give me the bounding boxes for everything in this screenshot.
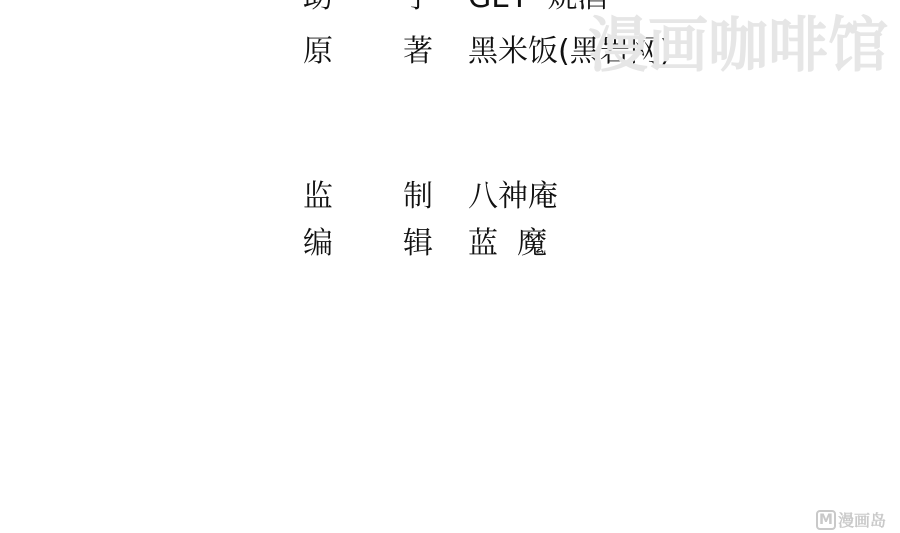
credit-role-char-2: 制 [403, 177, 433, 217]
credit-role-char-1: 监 [303, 177, 333, 217]
site-logo: M 漫画岛 [816, 508, 886, 531]
logo-m-icon: M [816, 510, 836, 530]
credit-role-char-2: 著 [403, 32, 433, 72]
credit-value: 八神庵 [468, 177, 558, 217]
credit-role-char-1: 助 [303, 0, 333, 18]
credit-role-char-2: 辑 [403, 224, 433, 264]
credit-role-char-1: 编 [303, 224, 333, 264]
credit-value: 蓝 魔 [468, 224, 547, 264]
logo-text: 漫画岛 [838, 508, 886, 531]
credit-value: GET 烧酒 [468, 0, 608, 18]
credit-role-char-2: 手 [403, 0, 433, 18]
watermark-text: 漫画咖啡馆 [588, 10, 888, 82]
credit-role-char-1: 原 [303, 32, 333, 72]
